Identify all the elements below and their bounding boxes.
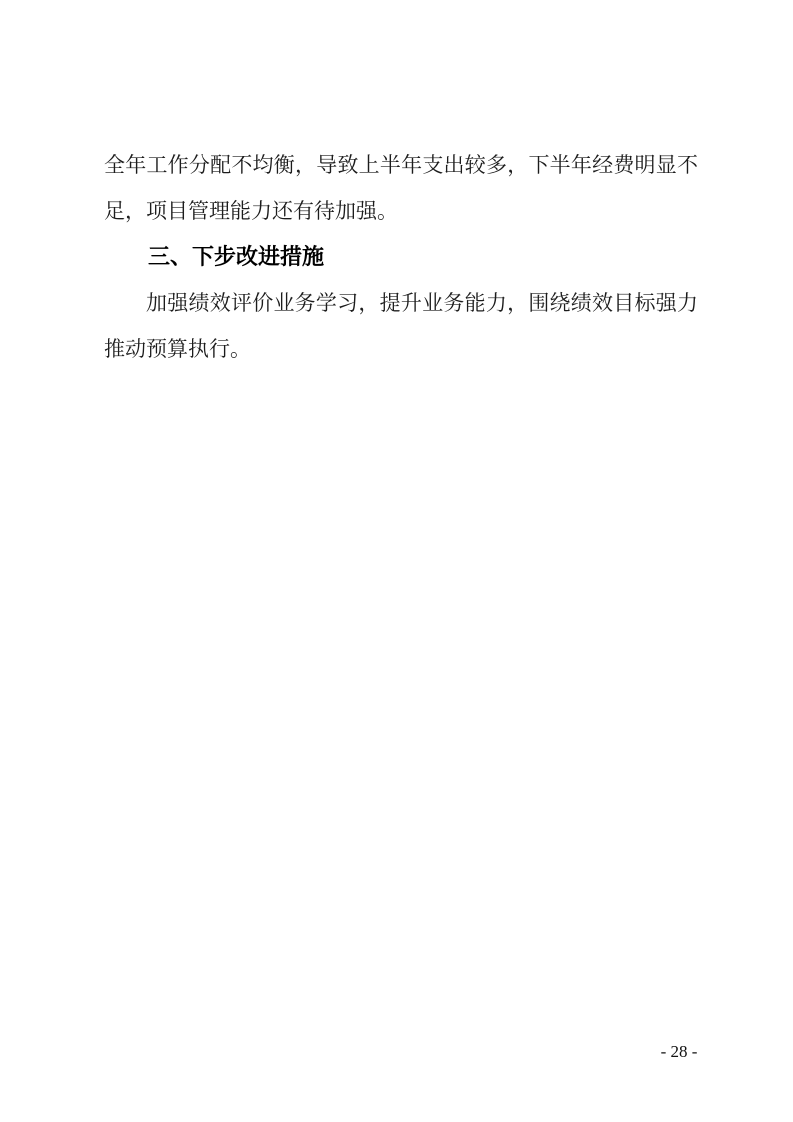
document-body: 全年工作分配不均衡，导致上半年支出较多，下半年经费明显不足，项目管理能力还有待加… <box>104 142 698 372</box>
paragraph-continuation: 全年工作分配不均衡，导致上半年支出较多，下半年经费明显不足，项目管理能力还有待加… <box>104 142 698 234</box>
paragraph-body: 加强绩效评价业务学习，提升业务能力，围绕绩效目标强力推动预算执行。 <box>104 280 698 372</box>
section-heading: 三、下步改进措施 <box>104 234 698 280</box>
document-page: 全年工作分配不均衡，导致上半年支出较多，下半年经费明显不足，项目管理能力还有待加… <box>0 0 793 1122</box>
page-number: - 28 - <box>655 1042 703 1062</box>
